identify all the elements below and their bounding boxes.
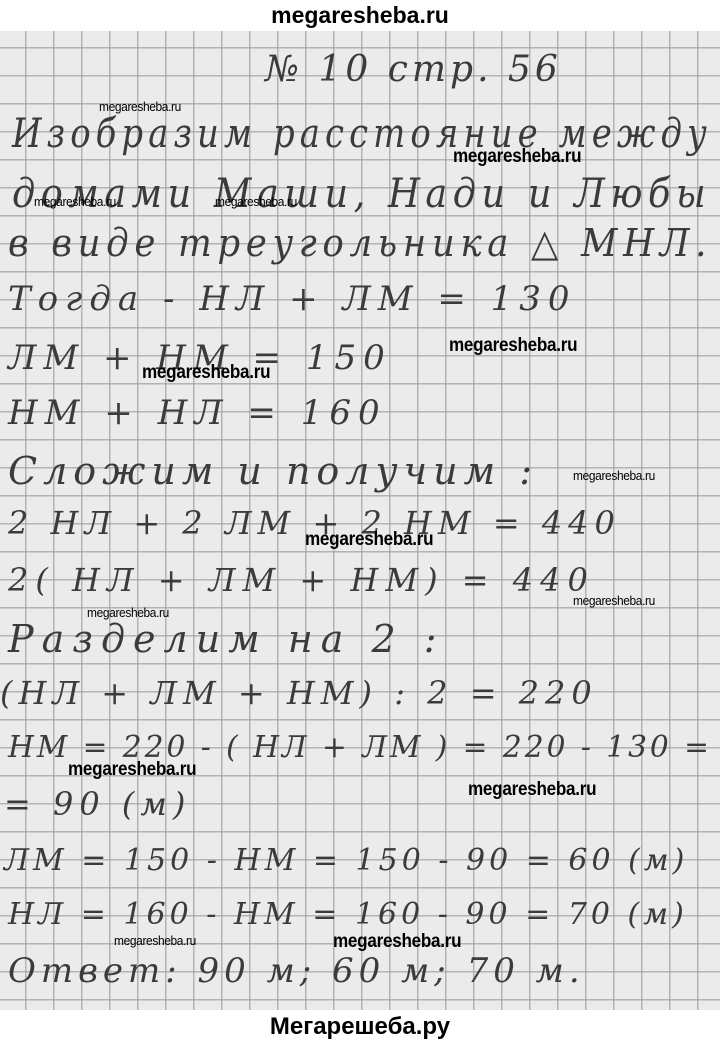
watermark: megaresheba.ru [333,931,461,953]
solution-line-7: Сложим и получим : [8,449,538,493]
solution-line-3: в виде треугольника △ МНЛ. [8,221,712,265]
solution-line-4: Тогда - НЛ + ЛМ = 130 [8,279,577,319]
solution-line-6: НМ + НЛ = 160 [8,393,387,433]
watermark: megaresheba.ru [573,468,655,483]
solution-line-15: НЛ = 160 - НМ = 160 - 90 = 70 (м) [8,897,688,932]
watermark: megaresheba.ru [87,605,169,620]
solution-line-14: ЛМ = 150 - НМ = 150 - 90 = 60 (м) [4,843,688,878]
site-footer: Мегарешеба.ру [0,1010,720,1043]
solution-line-16: Ответ: 90 м; 60 м; 70 м. [8,951,585,991]
site-name-footer: Мегарешеба.ру [270,1013,450,1040]
watermark: megaresheba.ru [99,99,181,114]
watermark: megaresheba.ru [114,933,196,948]
watermark: megaresheba.ru [34,194,116,209]
watermark: megaresheba.ru [573,593,655,608]
solution-line-11: (НЛ + ЛМ + НМ) : 2 = 220 [0,674,598,712]
watermark: megaresheba.ru [468,779,596,801]
watermark: megaresheba.ru [68,759,196,781]
watermark: megaresheba.ru [453,146,581,168]
watermark: megaresheba.ru [449,335,577,357]
problem-title: № 10 стр. 56 [265,49,562,90]
solution-line-2: домами Маши, Нади и Любы [12,171,711,217]
watermark: megaresheba.ru [142,362,270,384]
solution-line-10: Разделим на 2 : [8,617,445,661]
notebook-page: № 10 стр. 56 Изобразим расстояние между … [0,31,720,1010]
site-name-header: megaresheba.ru [271,2,449,28]
watermark: megaresheba.ru [305,529,433,551]
solution-line-1: Изобразим расстояние между [12,111,712,157]
site-header: megaresheba.ru [0,0,720,31]
solution-line-13: = 90 (м) [4,785,191,823]
watermark: megaresheba.ru [215,194,297,209]
solution-line-9: 2( НЛ + ЛМ + НМ) = 440 [8,561,595,599]
